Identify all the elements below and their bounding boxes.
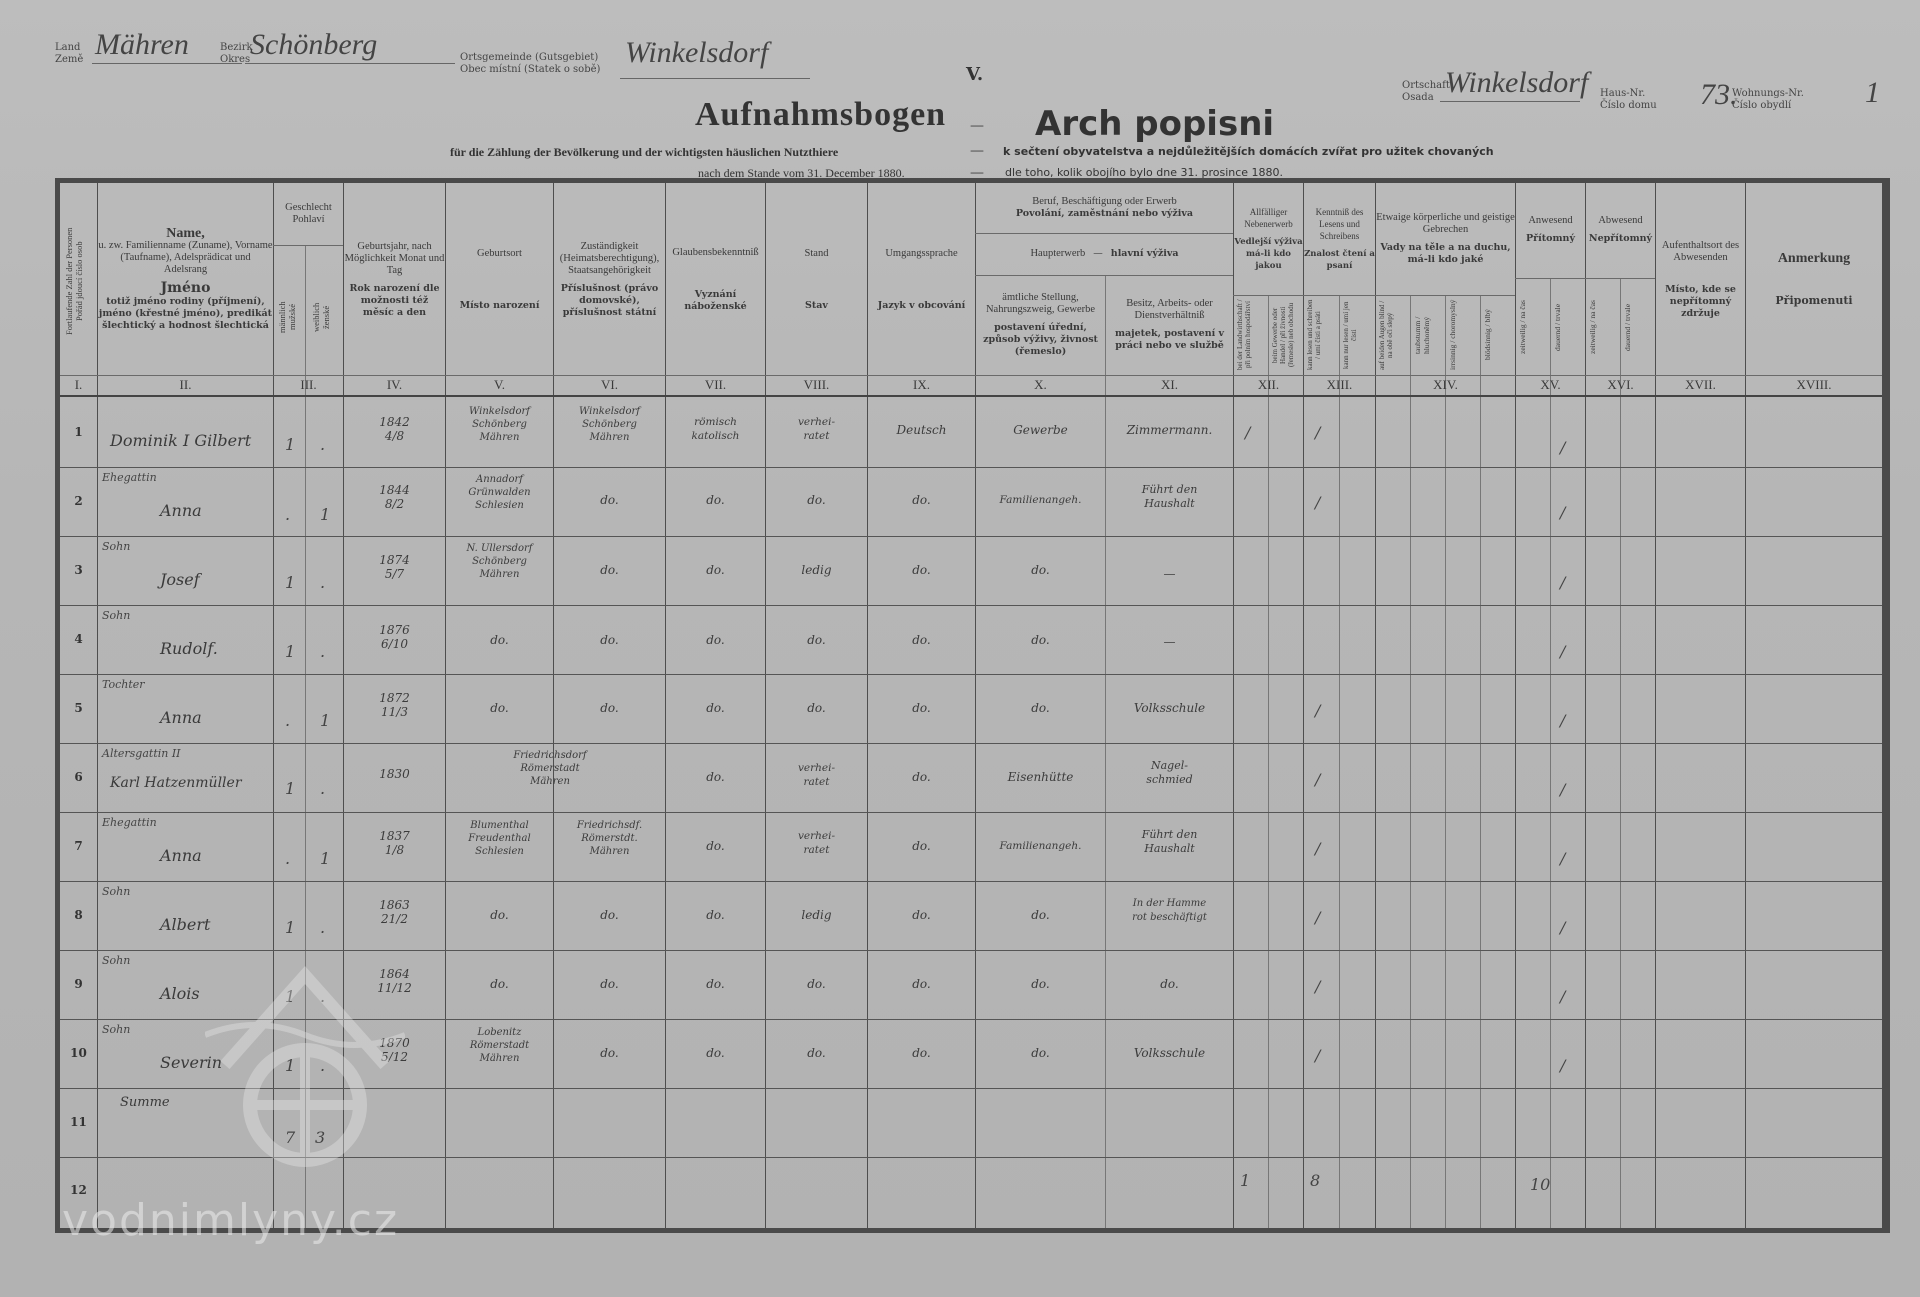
relation-to-head: Sohn bbox=[102, 954, 130, 967]
header-text: Zuständigkeit (Heimatsberechtigung), Sta… bbox=[554, 241, 665, 277]
handwritten-cell: do. bbox=[976, 563, 1105, 577]
row-number: 11 bbox=[60, 1115, 97, 1129]
relation-to-head: Sohn bbox=[102, 609, 130, 622]
handwritten-cell: do. bbox=[868, 493, 975, 507]
header-text: Umgangssprache bbox=[885, 248, 957, 260]
tally-mark: 1 bbox=[285, 573, 295, 592]
header-text: Geschlecht bbox=[285, 202, 332, 214]
birth-date: 1842 4/8 bbox=[344, 415, 445, 443]
haus-label: Haus-Nr.Číslo domu bbox=[1600, 88, 1657, 112]
header-text: hlavní výživa bbox=[1111, 248, 1179, 260]
header-c6: Zuständigkeit (Heimatsberechtigung), Sta… bbox=[554, 187, 665, 373]
title-german: Aufnahmsbogen bbox=[695, 96, 946, 134]
roman-c4: IV. bbox=[344, 377, 445, 393]
tally-mark: / bbox=[1315, 908, 1320, 927]
watermark-text: vodnimlyny.cz bbox=[62, 1195, 399, 1246]
header-c10-11: Beruf, Beschäftigung oder ErwerbPovolání… bbox=[976, 185, 1233, 231]
handwritten-cell: do. bbox=[868, 977, 975, 991]
religion: römisch katolisch bbox=[666, 415, 765, 443]
header-c12: Allfälliger NebenerwerbVedlejší výživa m… bbox=[1234, 185, 1303, 293]
domicile: Winkelsdorf Schönberg Mähren bbox=[554, 405, 665, 444]
relation-to-head: Altersgattin II bbox=[102, 747, 181, 760]
header-c1: Fortlaufende Zahl der PersonenPořád jdou… bbox=[64, 191, 94, 371]
header-text: totiž jméno rodiny (příjmení), jméno (kř… bbox=[98, 296, 273, 332]
title-dash: — bbox=[970, 118, 984, 134]
handwritten-cell: — bbox=[1106, 635, 1233, 649]
roman-c17: XVII. bbox=[1656, 377, 1745, 393]
header-c15: AnwesendPřítomný bbox=[1516, 185, 1585, 275]
header-c16-perm: dauernd / trvale bbox=[1623, 283, 1653, 371]
handwritten-cell: do. bbox=[766, 493, 867, 507]
header-text: Anmerkung bbox=[1778, 253, 1850, 265]
row-divider bbox=[60, 881, 1882, 882]
tally-mark: 1 bbox=[285, 779, 295, 798]
person-name: Rudolf. bbox=[160, 639, 218, 658]
header-c11: Besitz, Arbeits- oder Dienstverhältnißma… bbox=[1106, 277, 1233, 373]
tally-mark: . bbox=[320, 642, 325, 661]
tally-mark: / bbox=[1560, 573, 1565, 592]
roman-c3: III. bbox=[274, 377, 343, 393]
handwritten-cell: Volksschule bbox=[1106, 701, 1233, 715]
handwritten-cell: Familienangeh. bbox=[976, 839, 1105, 853]
header-text: Etwaige körperliche und geistige Gebrech… bbox=[1376, 212, 1515, 236]
tally-mark: / bbox=[1560, 780, 1565, 799]
column-divider bbox=[1585, 183, 1586, 1228]
language: Deutsch bbox=[868, 423, 975, 437]
handwritten-cell: 1874 5/7 bbox=[344, 553, 445, 581]
handwritten-cell: do. bbox=[446, 977, 553, 991]
handwritten-cell: do. bbox=[766, 701, 867, 715]
header-text: u. zw. Familienname (Zuname), Vorname (T… bbox=[98, 240, 273, 276]
handwritten-cell: do. bbox=[446, 908, 553, 922]
tally-mark: . bbox=[320, 779, 325, 798]
handwritten-cell: do. bbox=[666, 908, 765, 922]
header-text: Aufenthaltsort des Abwesenden bbox=[1656, 240, 1745, 264]
handwritten-cell: do. bbox=[666, 563, 765, 577]
roman-c7: VII. bbox=[666, 377, 765, 393]
handwritten-cell: ledig bbox=[766, 563, 867, 577]
handwritten-cell: ledig bbox=[766, 908, 867, 922]
tally-mark: / bbox=[1560, 711, 1565, 730]
handwritten-cell: do. bbox=[976, 701, 1105, 715]
column-divider bbox=[1515, 183, 1516, 1228]
land-value: Mähren bbox=[95, 28, 189, 62]
occupation: Gewerbe bbox=[976, 423, 1105, 437]
header-c14: Etwaige körperliche und geistige Gebrech… bbox=[1376, 185, 1515, 293]
row-divider bbox=[60, 743, 1882, 744]
header-c14-deafmute: taubstumm / hluchoněmý bbox=[1413, 299, 1443, 371]
header-text: Nepřítomný bbox=[1589, 233, 1652, 245]
handwritten-cell: verhei- ratet bbox=[766, 761, 867, 789]
roman-c15: XV. bbox=[1516, 377, 1585, 393]
header-c4: Geburtsjahr, nach Möglichkeit Monat und … bbox=[344, 187, 445, 373]
tally-mark: / bbox=[1245, 423, 1250, 442]
handwritten-cell: do. bbox=[1106, 977, 1233, 991]
row-divider bbox=[60, 812, 1882, 813]
header-c14-blind: auf beiden Augen blind / na obě oči slep… bbox=[1378, 299, 1408, 371]
handwritten-cell: do. bbox=[554, 1046, 665, 1060]
header-text: ämtliche Stellung, Nahrungszweig, Gewerb… bbox=[976, 292, 1105, 316]
tally-mark: / bbox=[1560, 438, 1565, 457]
handwritten-cell: do. bbox=[666, 839, 765, 853]
header-c3-male: männlichmužské bbox=[277, 263, 302, 371]
ortschaft-value: Winkelsdorf bbox=[1445, 66, 1588, 100]
handwritten-cell: do. bbox=[868, 563, 975, 577]
handwritten-cell: do. bbox=[976, 908, 1105, 922]
header-text: Fortlaufende Zahl der Personen bbox=[64, 227, 74, 334]
handwritten-cell: Friedrichsdf. Römerstdt. Mähren bbox=[554, 819, 665, 858]
gemeinde-underline bbox=[620, 78, 810, 79]
handwritten-cell: 1872 11/3 bbox=[344, 691, 445, 719]
header-c13-sub2: kann nur lesen / umí jen čísti bbox=[1342, 299, 1372, 371]
header-text: Haupterwerb bbox=[1030, 248, 1085, 260]
roman-c11: XI. bbox=[1106, 377, 1233, 393]
handwritten-cell: do. bbox=[666, 701, 765, 715]
header-text: Vedlejší výživa má-li kdo jakou bbox=[1234, 236, 1303, 272]
relation-to-head: Ehegattin bbox=[102, 816, 157, 829]
relation-to-head: Ehegattin bbox=[102, 471, 157, 484]
roman-c8: VIII. bbox=[766, 377, 867, 393]
header-c15-temp: zeitweilig / na čas bbox=[1518, 283, 1548, 371]
header-text: — bbox=[1093, 248, 1103, 260]
header-text: Glaubensbekenntniß bbox=[672, 247, 758, 259]
handwritten-cell: 1844 8/2 bbox=[344, 483, 445, 511]
header-text: Rok narození dle možnosti též měsíc a de… bbox=[344, 283, 445, 319]
column-divider bbox=[1233, 183, 1234, 1228]
tally-mark: . bbox=[285, 849, 290, 868]
tally-mark: 1 bbox=[320, 711, 330, 730]
header-text: Připomenuti bbox=[1775, 295, 1852, 307]
handwritten-cell: Familienangeh. bbox=[976, 493, 1105, 507]
wohnung-label: Wohnungs-Nr.Číslo obydlí bbox=[1732, 88, 1804, 112]
subtitle-czech-1: k sečtení obyvatelstva a nejdůležitějšíc… bbox=[1003, 145, 1494, 158]
census-sheet: LandZemě Mähren BezirkOkres Schönberg Or… bbox=[0, 0, 1920, 1297]
roman-c5: V. bbox=[446, 377, 553, 393]
birth-place: Winkelsdorf Schönberg Mähren bbox=[446, 405, 553, 444]
tally-mark: . bbox=[285, 711, 290, 730]
header-c14-idiot: blödsinnig / blbý bbox=[1483, 299, 1513, 371]
tally-mark: 1 bbox=[320, 849, 330, 868]
title-czech: Arch popisni bbox=[1035, 104, 1274, 144]
handwritten-cell: Führt den Haushalt bbox=[1106, 483, 1233, 511]
tally-mark: . bbox=[320, 573, 325, 592]
row-number: 8 bbox=[60, 908, 97, 922]
row-number: 9 bbox=[60, 977, 97, 991]
roman-c1: I. bbox=[60, 377, 97, 393]
handwritten-cell: do. bbox=[666, 633, 765, 647]
header-c13-sub1: kann lesen und schreiben / umí čísti a p… bbox=[1306, 299, 1336, 371]
header-text: postavení úřední, způsob výživy, živnost… bbox=[976, 322, 1105, 358]
tally-mark: 1 bbox=[285, 918, 295, 937]
column-divider bbox=[1550, 278, 1551, 1228]
handwritten-cell: do. bbox=[666, 493, 765, 507]
column-divider bbox=[1303, 183, 1304, 1228]
header-c16: AbwesendNepřítomný bbox=[1586, 185, 1655, 275]
header-text: Stand bbox=[805, 248, 829, 260]
handwritten-cell: do. bbox=[976, 633, 1105, 647]
tally-mark: / bbox=[1315, 839, 1320, 858]
handwritten-cell: Nagel- schmied bbox=[1106, 759, 1233, 787]
row-number: 3 bbox=[60, 563, 97, 577]
handwritten-cell: do. bbox=[554, 493, 665, 507]
header-text: Povolání, zaměstnání nebo výživa bbox=[1016, 208, 1193, 220]
header-haupterwerb: Haupterwerb—hlavní výživa bbox=[976, 235, 1233, 273]
land-label: LandZemě bbox=[55, 42, 83, 66]
handwritten-cell: — bbox=[1106, 567, 1233, 581]
roman-c12: XII. bbox=[1234, 377, 1303, 393]
handwritten-cell: 1876 6/10 bbox=[344, 623, 445, 651]
row-number: 5 bbox=[60, 701, 97, 715]
bezirk-underline bbox=[245, 63, 455, 64]
header-c12-sub1: bei der Landwirthschaft / při polním hos… bbox=[1236, 299, 1266, 371]
handwritten-cell: do. bbox=[868, 770, 975, 784]
gemeinde-value: Winkelsdorf bbox=[625, 36, 768, 70]
handwritten-cell: do. bbox=[554, 908, 665, 922]
header-text: Znalost čtení a psaní bbox=[1304, 248, 1375, 272]
handwritten-cell: do. bbox=[868, 701, 975, 715]
tally-mark: . bbox=[320, 918, 325, 937]
header-c17: Aufenthaltsort des AbwesendenMísto, kde … bbox=[1656, 187, 1745, 373]
header-text: Stav bbox=[805, 300, 828, 312]
handwritten-cell: do. bbox=[554, 633, 665, 647]
tally-mark: / bbox=[1560, 1056, 1565, 1075]
relation-to-head: Sohn bbox=[102, 1023, 130, 1036]
header-text: Jazyk v obcování bbox=[878, 300, 966, 312]
handwritten-cell: do. bbox=[766, 977, 867, 991]
handwritten-cell: Führt den Haushalt bbox=[1106, 828, 1233, 856]
header-c3: Geschlecht Pohlaví bbox=[274, 185, 343, 243]
row-divider bbox=[60, 605, 1882, 606]
header-text: Jméno bbox=[161, 282, 211, 294]
row-divider bbox=[60, 375, 1882, 376]
header-text: Pořád jdoucí číslo osob bbox=[74, 241, 84, 321]
header-c15-perm: dauernd / trvale bbox=[1553, 283, 1583, 371]
row-divider bbox=[60, 950, 1882, 951]
handwritten-cell: do. bbox=[666, 977, 765, 991]
row-divider bbox=[975, 233, 1233, 234]
row-divider bbox=[975, 275, 1233, 276]
header-text: Beruf, Beschäftigung oder Erwerb bbox=[1032, 196, 1177, 208]
tally-mark: / bbox=[1560, 987, 1565, 1006]
handwritten-cell: do. bbox=[766, 633, 867, 647]
handwritten-cell: Annadorf Grünwalden Schlesien bbox=[446, 473, 553, 512]
person-name: Dominik I Gilbert bbox=[110, 431, 251, 450]
handwritten-cell: Blumenthal Freudenthal Schlesien bbox=[446, 819, 553, 858]
person-name: Anna bbox=[160, 708, 202, 727]
row-number: 4 bbox=[60, 632, 97, 646]
handwritten-cell: do. bbox=[976, 1046, 1105, 1060]
tally-mark: / bbox=[1315, 977, 1320, 996]
employment: Zimmermann. bbox=[1106, 423, 1233, 437]
total-c15: 10 bbox=[1530, 1175, 1550, 1194]
roman-c9: IX. bbox=[868, 377, 975, 393]
handwritten-cell: do. bbox=[666, 770, 765, 784]
handwritten-cell: do. bbox=[868, 1046, 975, 1060]
handwritten-cell: do. bbox=[554, 977, 665, 991]
roman-c16: XVI. bbox=[1586, 377, 1655, 393]
gemeinde-label: Ortsgemeinde (Gutsgebiet)Obec místní (St… bbox=[460, 52, 600, 76]
header-text: Vady na těle a na duchu, má-li kdo jaké bbox=[1376, 242, 1515, 266]
handwritten-cell: In der Hamme rot beschäftigt bbox=[1106, 897, 1233, 925]
total-c12: 1 bbox=[1240, 1171, 1250, 1190]
tally-mark: 1 bbox=[285, 435, 295, 454]
handwritten-cell: 1863 21/2 bbox=[344, 898, 445, 926]
tally-mark: / bbox=[1560, 849, 1565, 868]
tally-mark: / bbox=[1315, 1046, 1320, 1065]
person-name: Alois bbox=[160, 984, 200, 1003]
handwritten-cell: do. bbox=[766, 1046, 867, 1060]
header-text: Příslušnost (právo domovské), příslušnos… bbox=[554, 283, 665, 319]
row-divider bbox=[1233, 295, 1515, 296]
row-number: 1 bbox=[60, 425, 97, 439]
header-text: Pohlaví bbox=[292, 214, 324, 226]
tally-mark: 1 bbox=[320, 505, 330, 524]
handwritten-cell: verhei- ratet bbox=[766, 829, 867, 857]
sum-label: Summe bbox=[120, 1095, 170, 1110]
handwritten-cell: do. bbox=[976, 977, 1105, 991]
header-c8: StandStav bbox=[766, 187, 867, 373]
roman-c10: X. bbox=[976, 377, 1105, 393]
handwritten-cell: Lobenitz Römerstadt Mähren bbox=[446, 1026, 553, 1065]
person-name: Karl Hatzenmüller bbox=[110, 775, 242, 791]
handwritten-cell: do. bbox=[554, 563, 665, 577]
row-number: 6 bbox=[60, 770, 97, 784]
column-divider bbox=[1620, 278, 1621, 1228]
total-c13: 8 bbox=[1310, 1171, 1320, 1190]
header-text: Geburtsort bbox=[477, 248, 522, 260]
handwritten-cell: N. Ullersdorf Schönberg Mähren bbox=[446, 542, 553, 581]
header-c12-sub2: beim Gewerbe oder Handel / při živnosti … bbox=[1271, 299, 1301, 371]
roman-c6: VI. bbox=[554, 377, 665, 393]
form-number: V. bbox=[966, 64, 983, 85]
header-text: Besitz, Arbeits- oder Dienstverhältniß bbox=[1106, 298, 1233, 322]
tally-mark: / bbox=[1560, 918, 1565, 937]
header-text: Abwesend bbox=[1598, 215, 1642, 227]
relation-to-head: Sohn bbox=[102, 885, 130, 898]
row-number: 10 bbox=[60, 1046, 97, 1060]
header-c9: UmgangsspracheJazyk v obcování bbox=[868, 187, 975, 373]
header-text: mužské bbox=[287, 304, 297, 330]
marital-status: verhei- ratet bbox=[766, 415, 867, 443]
header-text: weiblich bbox=[311, 302, 321, 331]
handwritten-cell: Eisenhütte bbox=[976, 770, 1105, 784]
person-name: Anna bbox=[160, 501, 202, 520]
row-divider bbox=[1515, 278, 1655, 279]
subtitle-german-1: für die Zählung der Bevölkerung und der … bbox=[450, 145, 838, 160]
handwritten-cell: Volksschule bbox=[1106, 1046, 1233, 1060]
person-name: Josef bbox=[160, 570, 200, 589]
ortschaft-underline bbox=[1440, 101, 1580, 102]
header-text: Místo narození bbox=[460, 300, 540, 312]
row-divider bbox=[273, 245, 343, 246]
tally-mark: 1 bbox=[285, 642, 295, 661]
header-c16-temp: zeitweilig / na čas bbox=[1588, 283, 1618, 371]
tally-mark: / bbox=[1560, 503, 1565, 522]
header-c14-insane: irrsinnig / choromyslný bbox=[1448, 299, 1478, 371]
header-text: Přítomný bbox=[1526, 233, 1575, 245]
handwritten-cell: 1830 bbox=[344, 767, 445, 781]
tally-mark: / bbox=[1315, 701, 1320, 720]
header-c18: AnmerkungPřipomenuti bbox=[1746, 187, 1882, 373]
handwritten-cell: do. bbox=[446, 701, 553, 715]
header-text: Geburtsjahr, nach Möglichkeit Monat und … bbox=[344, 241, 445, 277]
tally-mark: . bbox=[320, 435, 325, 454]
row-divider bbox=[60, 467, 1882, 468]
header-c3-female: weiblichženské bbox=[311, 263, 336, 371]
column-divider bbox=[1375, 183, 1376, 1228]
header-text: majetek, postavení v práci nebo ve služb… bbox=[1106, 328, 1233, 352]
subtitle-dash-1: — bbox=[970, 143, 984, 159]
row-number: 2 bbox=[60, 494, 97, 508]
roman-c18: XVIII. bbox=[1746, 377, 1882, 393]
handwritten-cell: Friedrichsdorf Römerstadt Mähren bbox=[460, 749, 640, 788]
bezirk-value: Schönberg bbox=[250, 28, 377, 62]
header-c7: GlaubensbekenntnißVyznání náboženské bbox=[666, 187, 765, 373]
person-name: Albert bbox=[160, 915, 210, 934]
handwritten-cell: do. bbox=[868, 633, 975, 647]
row-divider bbox=[60, 674, 1882, 675]
handwritten-cell: do. bbox=[868, 908, 975, 922]
handwritten-cell: do. bbox=[446, 633, 553, 647]
roman-c13: XIII. bbox=[1304, 377, 1375, 393]
handwritten-cell: do. bbox=[868, 839, 975, 853]
header-text: Allfälliger Nebenerwerb bbox=[1234, 206, 1303, 230]
header-text: ženské bbox=[321, 305, 331, 328]
header-text: Vyznání náboženské bbox=[666, 289, 765, 313]
column-divider bbox=[1105, 275, 1106, 1228]
header-text: Name, bbox=[166, 228, 205, 240]
tally-mark: / bbox=[1560, 642, 1565, 661]
tally-mark: . bbox=[285, 505, 290, 524]
person-name: Anna bbox=[160, 846, 202, 865]
roman-c2: II. bbox=[98, 377, 273, 393]
relation-to-head: Sohn bbox=[102, 540, 130, 553]
header-text: männlich bbox=[277, 301, 287, 333]
tally-mark: / bbox=[1315, 493, 1320, 512]
roman-c14: XIV. bbox=[1376, 377, 1515, 393]
header-text: Místo, kde se nepřítomný zdržuje bbox=[1656, 284, 1745, 320]
header-text: Anwesend bbox=[1528, 215, 1572, 227]
header-c2: Name, u. zw. Familienname (Zuname), Vorn… bbox=[98, 187, 273, 373]
row-divider bbox=[60, 536, 1882, 537]
handwritten-cell: 1837 1/8 bbox=[344, 829, 445, 857]
handwritten-cell: do. bbox=[554, 701, 665, 715]
watermark-logo-icon bbox=[205, 955, 405, 1185]
relation-to-head: Tochter bbox=[102, 678, 145, 691]
header-c5: GeburtsortMísto narození bbox=[446, 187, 553, 373]
header-c10: ämtliche Stellung, Nahrungszweig, Gewerb… bbox=[976, 277, 1105, 373]
wohnung-value: 1 bbox=[1865, 76, 1880, 110]
row-divider bbox=[60, 395, 1882, 397]
header-text: Kenntniß des Lesens und Schreibens bbox=[1304, 206, 1375, 242]
tally-mark: / bbox=[1315, 770, 1320, 789]
handwritten-cell: do. bbox=[666, 1046, 765, 1060]
header-c13: Kenntniß des Lesens und SchreibensZnalos… bbox=[1304, 185, 1375, 293]
row-number: 7 bbox=[60, 839, 97, 853]
tally-mark: / bbox=[1315, 423, 1320, 442]
